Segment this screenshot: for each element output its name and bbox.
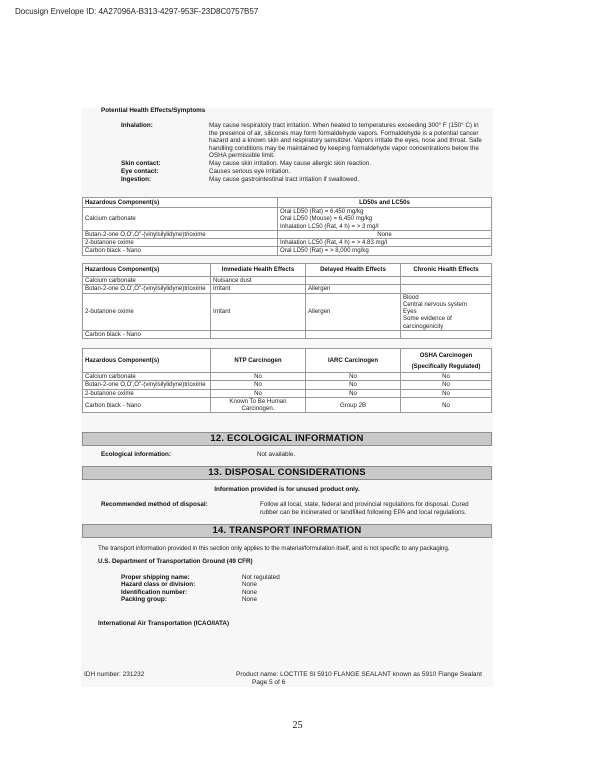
disposal-note: Information provided is for unused produ…: [81, 486, 493, 494]
carcinogen-header-osha: OSHA Carcinogen (Specifically Regulated): [401, 349, 492, 373]
table-row: 2-butanone oxime Inhalation LC50 (Rat, 4…: [83, 239, 492, 247]
skin-contact-value: May cause skin irritation. May cause all…: [209, 160, 484, 168]
table-row: Calcium carbonate Nuisance dust: [83, 277, 492, 285]
ntp-cell: No: [211, 381, 306, 389]
ecological-label: Ecological information:: [101, 451, 171, 459]
hazard-class-value: None: [242, 581, 257, 589]
inhalation-label: Inhalation:: [121, 122, 153, 130]
dot-heading: U.S. Department of Transportation Ground…: [98, 558, 253, 566]
table-row: Calcium carbonate Oral LD50 (Rat) = 6,45…: [83, 208, 492, 231]
eye-contact-value: Causes serious eye irritation.: [209, 168, 484, 176]
component-cell: Butan-2-one O,O',O''-(vinylsilylidyne)tr…: [83, 381, 211, 389]
disposal-value: Follow all local, state, federal and pro…: [260, 501, 485, 516]
values-cell: Inhalation LC50 (Rat, 4 h) = > 4.83 mg/l: [278, 239, 492, 247]
component-cell: Carbon black - Nano: [83, 331, 211, 339]
chronic-line: Central nervous system: [403, 301, 489, 308]
delayed-cell: Allergen: [306, 285, 401, 293]
product-name: Product name: LOCTITE SI 5910 FLANGE SEA…: [236, 671, 482, 678]
effects-header-delayed: Delayed Health Effects: [306, 264, 401, 277]
ld50-table: Hazardous Component(s) LD50s and LC50s C…: [82, 197, 492, 256]
health-effects-title: Potential Health Effects/Symptoms: [101, 107, 205, 115]
ld50-header-component: Hazardous Component(s): [83, 198, 278, 208]
ntp-cell: No: [211, 373, 306, 381]
component-cell: Butan-2-one O,O',O''-(vinylsilylidyne)tr…: [83, 230, 278, 238]
table-row: Carbon black - Nano Oral LD50 (Rat) = > …: [83, 247, 492, 255]
document-page: Potential Health Effects/Symptoms Inhala…: [81, 108, 493, 687]
immediate-cell: Irritant: [211, 285, 306, 293]
chronic-line: Eyes: [403, 308, 489, 315]
skin-contact-label: Skin contact:: [121, 160, 161, 168]
component-cell: Butan-2-one O,O',O''-(vinylsilylidyne)tr…: [83, 285, 211, 293]
delayed-cell: [306, 331, 401, 339]
effects-header-component: Hazardous Component(s): [83, 264, 211, 277]
health-effects-table: Hazardous Component(s) Immediate Health …: [82, 263, 492, 339]
table-row: 2-butanone oxime Irritant Allergen Blood…: [83, 293, 492, 330]
iarc-cell: No: [306, 373, 401, 381]
packing-group-value: None: [242, 596, 257, 604]
ntp-cell: Known To Be Human Carcinogen.: [211, 397, 306, 413]
chronic-line: Blood: [403, 294, 489, 301]
disposal-label: Recommended method of disposal:: [101, 501, 208, 509]
ntp-cell: No: [211, 389, 306, 397]
packing-group-label: Packing group:: [121, 596, 167, 604]
page-number: 25: [0, 720, 595, 731]
value-line: Oral LD50 (Rat) = 6,450 mg/kg: [280, 208, 489, 215]
component-cell: Carbon black - Nano: [83, 247, 278, 255]
idh-number: IDH number: 231232: [84, 671, 144, 678]
ingestion-label: Ingestion:: [121, 176, 151, 184]
table-row: Calcium carbonate No No No: [83, 373, 492, 381]
effects-header-immediate: Immediate Health Effects: [211, 264, 306, 277]
carcinogen-header-ntp: NTP Carcinogen: [211, 349, 306, 373]
ld50-header-values: LD50s and LC50s: [278, 198, 492, 208]
immediate-cell: Irritant: [211, 293, 306, 330]
immediate-cell: [211, 331, 306, 339]
transport-intro: The transport information provided in th…: [98, 545, 449, 553]
page-indicator: Page 5 of 6: [252, 679, 285, 686]
chronic-cell: Blood Central nervous system Eyes Some e…: [401, 293, 492, 330]
osha-cell: No: [401, 397, 492, 413]
table-row: Butan-2-one O,O',O''-(vinylsilylidyne)tr…: [83, 381, 492, 389]
iarc-cell: Group 2B: [306, 397, 401, 413]
value-line: Oral LD50 (Mouse) = 6,450 mg/kg: [280, 215, 489, 222]
air-heading: International Air Transportation (ICAO/I…: [98, 620, 229, 628]
component-cell: Calcium carbonate: [83, 277, 211, 285]
chronic-cell: [401, 277, 492, 285]
immediate-cell: Nuisance dust: [211, 277, 306, 285]
osha-cell: No: [401, 381, 492, 389]
values-cell: Oral LD50 (Rat) = 6,450 mg/kg Oral LD50 …: [278, 208, 492, 231]
component-cell: 2-butanone oxime: [83, 389, 211, 397]
osha-cell: No: [401, 389, 492, 397]
section-12-header: 12. ECOLOGICAL INFORMATION: [82, 432, 492, 446]
component-cell: Calcium carbonate: [83, 373, 211, 381]
iarc-cell: No: [306, 389, 401, 397]
table-row: Carbon black - Nano: [83, 331, 492, 339]
component-cell: 2-butanone oxime: [83, 293, 211, 330]
ecological-value: Not available.: [257, 451, 295, 459]
eye-contact-label: Eye contact:: [121, 168, 158, 176]
carcinogen-table: Hazardous Component(s) NTP Carcinogen IA…: [82, 348, 492, 413]
table-row: Carbon black - Nano Known To Be Human Ca…: [83, 397, 492, 413]
values-cell: None: [278, 230, 492, 238]
chronic-cell: [401, 285, 492, 293]
ingestion-value: May cause gastrointestinal tract irritat…: [209, 176, 484, 184]
table-row: Butan-2-one O,O',O''-(vinylsilylidyne)tr…: [83, 230, 492, 238]
chronic-cell: [401, 331, 492, 339]
effects-header-chronic: Chronic Health Effects: [401, 264, 492, 277]
value-line: Inhalation LC50 (Rat, 4 h) = > 3 mg/l: [280, 223, 489, 230]
section-13-header: 13. DISPOSAL CONSIDERATIONS: [82, 466, 492, 480]
hazard-class-label: Hazard class or division:: [121, 581, 195, 589]
section-14-header: 14. TRANSPORT INFORMATION: [82, 524, 492, 538]
table-row: Butan-2-one O,O',O''-(vinylsilylidyne)tr…: [83, 285, 492, 293]
delayed-cell: [306, 277, 401, 285]
component-cell: 2-butanone oxime: [83, 239, 278, 247]
carcinogen-header-iarc: IARC Carcinogen: [306, 349, 401, 373]
iarc-cell: No: [306, 381, 401, 389]
delayed-cell: Allergen: [306, 293, 401, 330]
carcinogen-header-component: Hazardous Component(s): [83, 349, 211, 373]
inhalation-value: May cause respiratory tract irritation. …: [209, 122, 484, 160]
table-row: 2-butanone oxime No No No: [83, 389, 492, 397]
component-cell: Calcium carbonate: [83, 208, 278, 231]
envelope-id: Docusign Envelope ID: 4A27096A-B313-4297…: [15, 7, 258, 16]
osha-cell: No: [401, 373, 492, 381]
component-cell: Carbon black - Nano: [83, 397, 211, 413]
chronic-line: Some evidence of carcinogenicity: [403, 315, 489, 330]
values-cell: Oral LD50 (Rat) = > 8,000 mg/kg: [278, 247, 492, 255]
